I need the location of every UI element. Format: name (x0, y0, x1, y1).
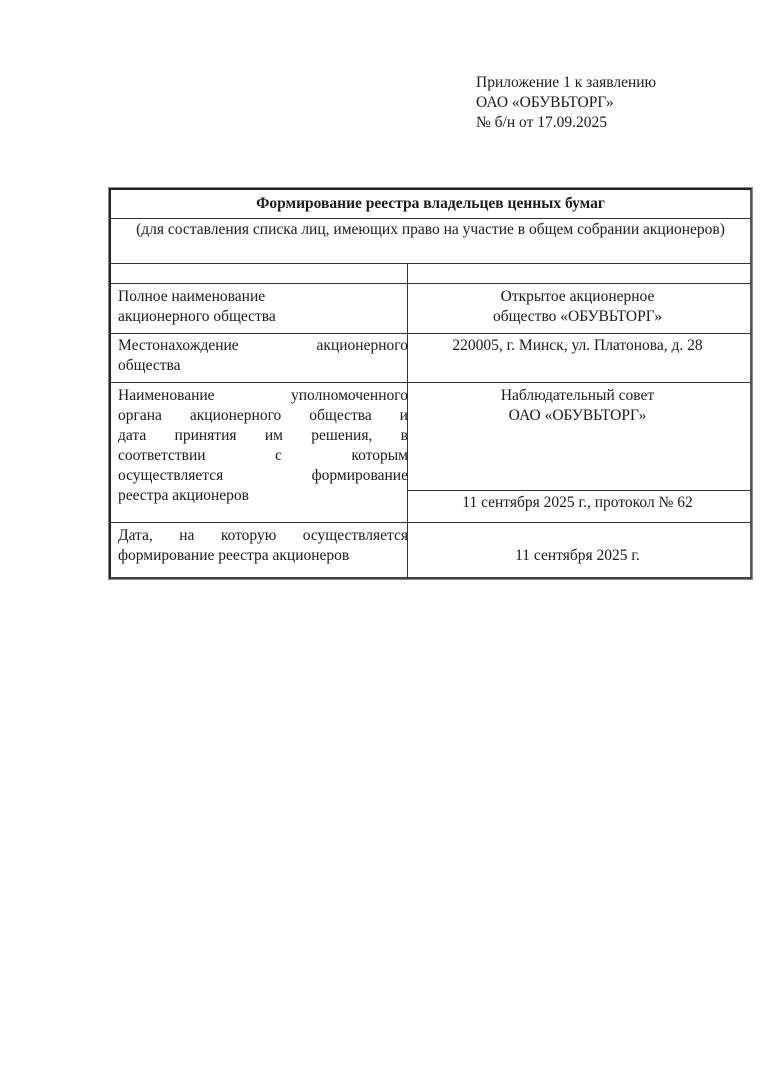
decision-date-protocol: 11 сентября 2025 г., протокол № 62 (409, 493, 746, 513)
label-line: датапринятияимрешения,в (118, 426, 408, 446)
table-row-value: Открытое акционерное общество «ОБУВЬТОРГ… (409, 287, 746, 327)
table-row-label: Наименованиеуполномоченногоорганаакционе… (118, 386, 408, 506)
label-line: Полное наименование (118, 287, 408, 307)
divider (111, 263, 750, 264)
label-line: акционерного общества (118, 307, 408, 327)
label-line: органаакционерногообществаи (118, 406, 408, 426)
label-line: Наименованиеуполномоченного (118, 386, 408, 406)
appendix-header: Приложение 1 к заявлению ОАО «ОБУВЬТОРГ»… (476, 73, 656, 133)
divider (407, 490, 750, 491)
divider (111, 218, 750, 219)
table-frame: Формирование реестра владельцев ценных б… (109, 188, 752, 579)
table-row-label: Местонахождениеакционерного общества (118, 336, 408, 376)
appendix-line: Приложение 1 к заявлению (476, 73, 656, 93)
table-row-label: Дата,накоторуюосуществляется формировани… (118, 526, 408, 566)
label-line: осуществляетсяформирование (118, 466, 408, 486)
table-title: Формирование реестра владельцев ценных б… (111, 194, 750, 214)
value-line: Наблюдательный совет (409, 386, 746, 406)
divider (111, 382, 750, 383)
divider (111, 333, 750, 334)
label-line: соответствиискоторым (118, 446, 408, 466)
register-table: Формирование реестра владельцев ценных б… (108, 187, 753, 580)
company-name: ОАО «ОБУВЬТОРГ» (476, 93, 656, 113)
value-line: общество «ОБУВЬТОРГ» (409, 307, 746, 327)
table-row-label: Полное наименование акционерного обществ… (118, 287, 408, 327)
label-line: Дата,накоторуюосуществляется (118, 526, 408, 546)
divider (111, 283, 750, 284)
divider (111, 522, 750, 523)
table-row-value: Наблюдательный совет ОАО «ОБУВЬТОРГ» (409, 386, 746, 426)
label-line: общества (118, 356, 408, 376)
table-subtitle: (для составления списка лиц, имеющих пра… (123, 220, 738, 240)
document-number-date: № б/н от 17.09.2025 (476, 113, 656, 133)
table-row-value: 220005, г. Минск, ул. Платонова, д. 28 (409, 336, 746, 356)
register-date: 11 сентября 2025 г. (409, 546, 746, 566)
value-line: ОАО «ОБУВЬТОРГ» (409, 406, 746, 426)
value-line: Открытое акционерное (409, 287, 746, 307)
label-line: формирование реестра акционеров (118, 546, 408, 566)
label-line: Местонахождениеакционерного (118, 336, 408, 356)
label-line: реестра акционеров (118, 486, 408, 506)
